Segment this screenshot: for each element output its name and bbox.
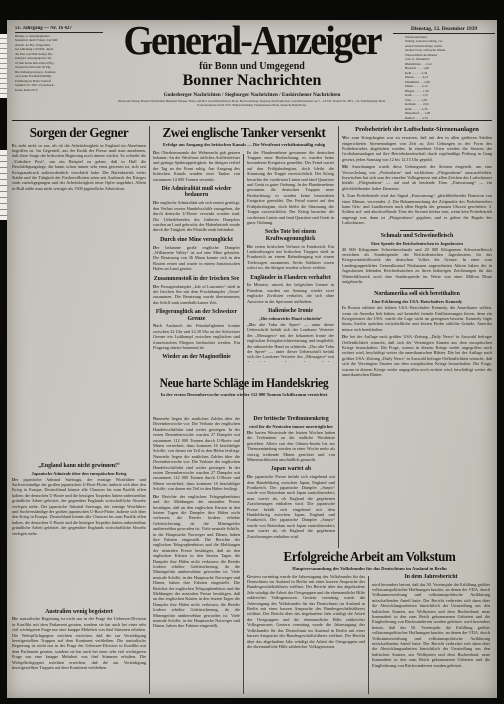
column-rule <box>338 126 339 548</box>
scan-border-left <box>0 0 7 704</box>
article-body: Nunmehr liegen die amtlichen Zahlen über… <box>153 416 240 492</box>
article-body: Die ersten britischen Verluste in Frankr… <box>247 244 334 271</box>
article-body: In der Flandernebene gewannen die deutsc… <box>247 150 334 226</box>
subheadline: Australien wenig begeistert <box>12 609 146 615</box>
article-column: Das Oberkommando der Wehrmacht gab geste… <box>153 150 240 362</box>
article-headline: Probebetrieb der Luftschutz-Sirenenanlag… <box>342 126 492 133</box>
article-body: Die harten Westwinde der letzten Wochen … <box>247 430 335 462</box>
subheadline: Engländer in Flandern verhaftet <box>247 275 334 281</box>
subheadline: Schmalz und Schweinefleisch <box>342 233 492 239</box>
article-handelskrieg-col2: Der britische Treibminenkrieg wird für d… <box>247 416 335 546</box>
article-body: Der japanische Admiral Suetsugu, der ein… <box>12 477 146 605</box>
subheadline: In dem Jahresbericht <box>372 574 490 580</box>
subheadline: Der britische Treibminenkrieg <box>247 416 335 422</box>
regional-editions-line: Godesberger Nachrichten / Siegburger Nac… <box>101 92 403 98</box>
article-column: In der Flandernebene gewannen die deutsc… <box>247 150 334 362</box>
article-volkstum: Erfolgreiche Arbeit am Volkstum Hauptver… <box>247 550 492 694</box>
scan-border-right <box>497 0 504 704</box>
issue-date: Dienstag, 12. Dezember 1939 <box>393 26 495 34</box>
article-handelskrieg-col1: Nunmehr liegen die amtlichen Zahlen über… <box>153 416 240 694</box>
article-body: „Das alte Tabu der Spree“ — unter dieser… <box>247 322 334 362</box>
subscription-rates: Bezugs- u. Anzeigenpreise: Monatlich dur… <box>15 34 103 92</box>
scan-border-top <box>0 0 504 20</box>
subheadline: Die Admiralität muß wieder bedauern <box>153 186 240 199</box>
imprint-line: Druck und Verlag: Bonner Nachrichten Her… <box>113 100 391 108</box>
subheadline: Wieder an der Maginotlinie <box>153 354 240 360</box>
article-headline: Erfolgreiche Arbeit am Volkstum <box>247 550 492 564</box>
masthead-divider-rule <box>12 120 492 121</box>
scan-border-bottom <box>0 698 504 704</box>
scanned-newspaper-page: 51. Jahrgang — Nr. 16 427 Bezugs- u. Anz… <box>0 0 504 704</box>
article-body: Mit Anordnungen wurde diese Uebungszeit … <box>342 164 492 191</box>
article-deck: Hauptversammlung des Volksbundes für das… <box>247 566 492 571</box>
article-handelskrieg-head: Neue harte Schläge im Handelskrieg In de… <box>153 378 335 414</box>
article-body: Die japanische Presse befaßt sich eingeh… <box>247 474 335 539</box>
article-sorgen-der-gegner: Sorgen der Gegner Es sieht nicht so aus,… <box>12 126 146 694</box>
article-body: Gestern vormittag wurde die Jahrestagung… <box>247 574 365 650</box>
subheadline: „England kann nicht gewinnen!“ <box>12 463 146 469</box>
siren-rules: 1. Zum Probebetrieb wird das Signal „Ent… <box>342 193 492 225</box>
article-body: Die Berichte der englischen Telegraphenb… <box>153 494 240 629</box>
column-rule <box>149 126 150 694</box>
subheadline-note: wird für die Neutralen immer unerträglic… <box>247 424 335 429</box>
subheadline-deck: Japanische Admirale über den europäische… <box>12 471 146 476</box>
subheadline-deck: Eine Spende der Reichsdeutschen in Jugos… <box>342 241 492 246</box>
subheadline: Fliegerunglück an der Schweizer Grenze <box>153 309 240 322</box>
article-body: Wie zum Kriegsbeginn war zu erwarten, da… <box>342 135 492 162</box>
article-headline: Zwei englische Tanker versenkt <box>153 126 335 140</box>
newspaper-title: General-Anzeiger <box>101 20 403 61</box>
article-body: In Münster, unweit der belgischen Grenze… <box>247 282 334 304</box>
masthead-left-box: 51. Jahrgang — Nr. 16 427 Bezugs- u. Anz… <box>15 26 103 92</box>
article-body: Der bekannte große englische Dampfer „Wi… <box>153 245 240 272</box>
article-body: wird besonders betont, daß das 50. Verei… <box>372 582 490 669</box>
article-headline: Neue harte Schläge im Handelskrieg <box>153 378 335 390</box>
article-deck: In der ersten Dezemberwoche wurden wiede… <box>153 392 335 397</box>
newspaper-second-title: Bonner Nachrichten <box>101 73 403 89</box>
article-body: Die englische Admiralität sah sich erneu… <box>153 200 240 232</box>
section-divider-rule <box>400 288 434 289</box>
subheadline: Zusammenstoß in der Irischen See <box>153 276 240 282</box>
subheadline: Sechs Tote bei einem Kraftwagenunglück <box>247 229 334 242</box>
newspaper-front-page: 51. Jahrgang — Nr. 16 427 Bezugs- u. Anz… <box>7 20 497 698</box>
article-column: Gestern vormittag wurde die Jahrestagung… <box>247 574 365 682</box>
masthead-center: General-Anzeiger für Bonn und Umgegend B… <box>101 22 403 108</box>
subheadline-deck: Eine Erklärung des USA.-Botschafters Ken… <box>342 299 492 304</box>
article-body: Es sieht nicht so aus, als ob die Arbeit… <box>12 143 146 459</box>
subheadline: Japan wartet ab <box>247 466 335 472</box>
masthead-right-box: Dienstag, 12. Dezember 1939 Wetteraussic… <box>393 26 495 121</box>
subheadline: Nordamerika soll sich bereithalten <box>342 291 492 297</box>
subheadline: Durch eine Mine verunglückt <box>153 237 240 243</box>
issue-number: 51. Jahrgang — Nr. 16 427 <box>15 26 103 33</box>
article-body: Nach Ausbruch der Feindseligkeiten konnt… <box>153 323 240 350</box>
subheadline: Italienische Ironie <box>247 308 334 314</box>
section-divider-rule <box>400 230 434 231</box>
subheadline-deck: „Die ruhmreiche Hand schütteln“ <box>247 316 334 321</box>
article-column: In dem Jahresbericht wird besonders beto… <box>372 574 490 682</box>
article-deck: Erfolge am Ausgang des britischen Kanals… <box>153 142 335 147</box>
article-body: In Boston erklärte der frühere USA.-Bots… <box>342 305 492 332</box>
article-body: 10 000 Kilogramm Schweineschmalz und 20 … <box>342 247 492 285</box>
article-body: Der Passagierdampfer „Isle of Lancaster“… <box>153 284 240 306</box>
article-body: Die bei der Auflage nach größter USA.-Ze… <box>342 334 492 377</box>
article-headline: Sorgen der Gegner <box>12 126 146 140</box>
article-luftschutz: Probebetrieb der Luftschutz-Sirenenanlag… <box>342 126 492 546</box>
article-tanker-versenkt: Zwei englische Tanker versenkt Erfolge a… <box>153 126 335 374</box>
article-body: Die australische Regierung ist nicht nur… <box>12 616 146 694</box>
weather-and-water-levels: Wetteraussichten: Wolkig, zeitweise nebl… <box>393 35 495 121</box>
wehrmacht-report: Das Oberkommando der Wehrmacht gab geste… <box>153 150 240 182</box>
